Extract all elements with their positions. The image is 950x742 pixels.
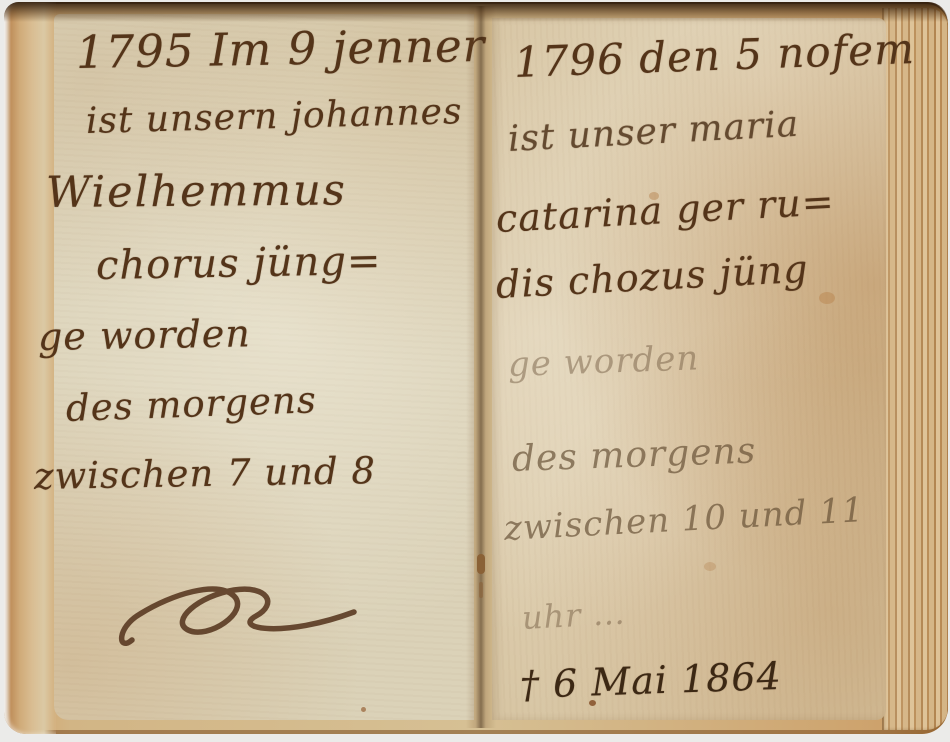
entry-line-faded: zwischen 10 und 11 <box>503 493 865 546</box>
entry-line: dis chozus jüng <box>495 250 809 304</box>
foxing-stain <box>819 292 835 304</box>
entry-line: ist unsern johannes <box>86 94 463 140</box>
entry-line-faded: des morgens <box>511 433 756 478</box>
foxing-stain <box>589 700 596 706</box>
death-date-line: † 6 Mai 1864 <box>519 657 782 704</box>
book-top-shadow <box>4 2 948 22</box>
scanner-background: 1795 Im 9 jenner ist unsern johannes Wie… <box>0 0 950 742</box>
left-page: 1795 Im 9 jenner ist unsern johannes Wie… <box>54 14 474 720</box>
entry-name-line: catarina ger ru= <box>495 182 835 238</box>
entry-line: ist unser maria <box>507 107 800 158</box>
foxing-stain <box>649 192 659 200</box>
entry-line: des morgens <box>65 381 317 427</box>
entry-line: chorus jüng= <box>96 241 382 286</box>
foxing-stain <box>361 707 366 712</box>
left-page-block-edge <box>4 2 56 734</box>
entry-year-line: 1796 den 5 nofem <box>513 28 915 84</box>
entry-line: zwischen 7 und 8 <box>34 452 377 495</box>
binding-stitch <box>477 554 485 574</box>
entry-line-faded: ge worden <box>507 341 699 382</box>
right-page-stack-edge <box>882 8 948 730</box>
calligraphic-flourish-icon <box>114 554 384 669</box>
entry-name-line: Wielhemmus <box>46 169 347 215</box>
entry-line-faded: uhr … <box>521 597 626 634</box>
entry-year-line: 1795 Im 9 jenner <box>76 23 486 75</box>
notebook-spread: 1795 Im 9 jenner ist unsern johannes Wie… <box>4 2 948 734</box>
entry-line: ge worden <box>38 314 251 356</box>
foxing-stain <box>704 562 716 571</box>
right-page: 1796 den 5 nofem ist unser maria catarin… <box>492 18 886 720</box>
